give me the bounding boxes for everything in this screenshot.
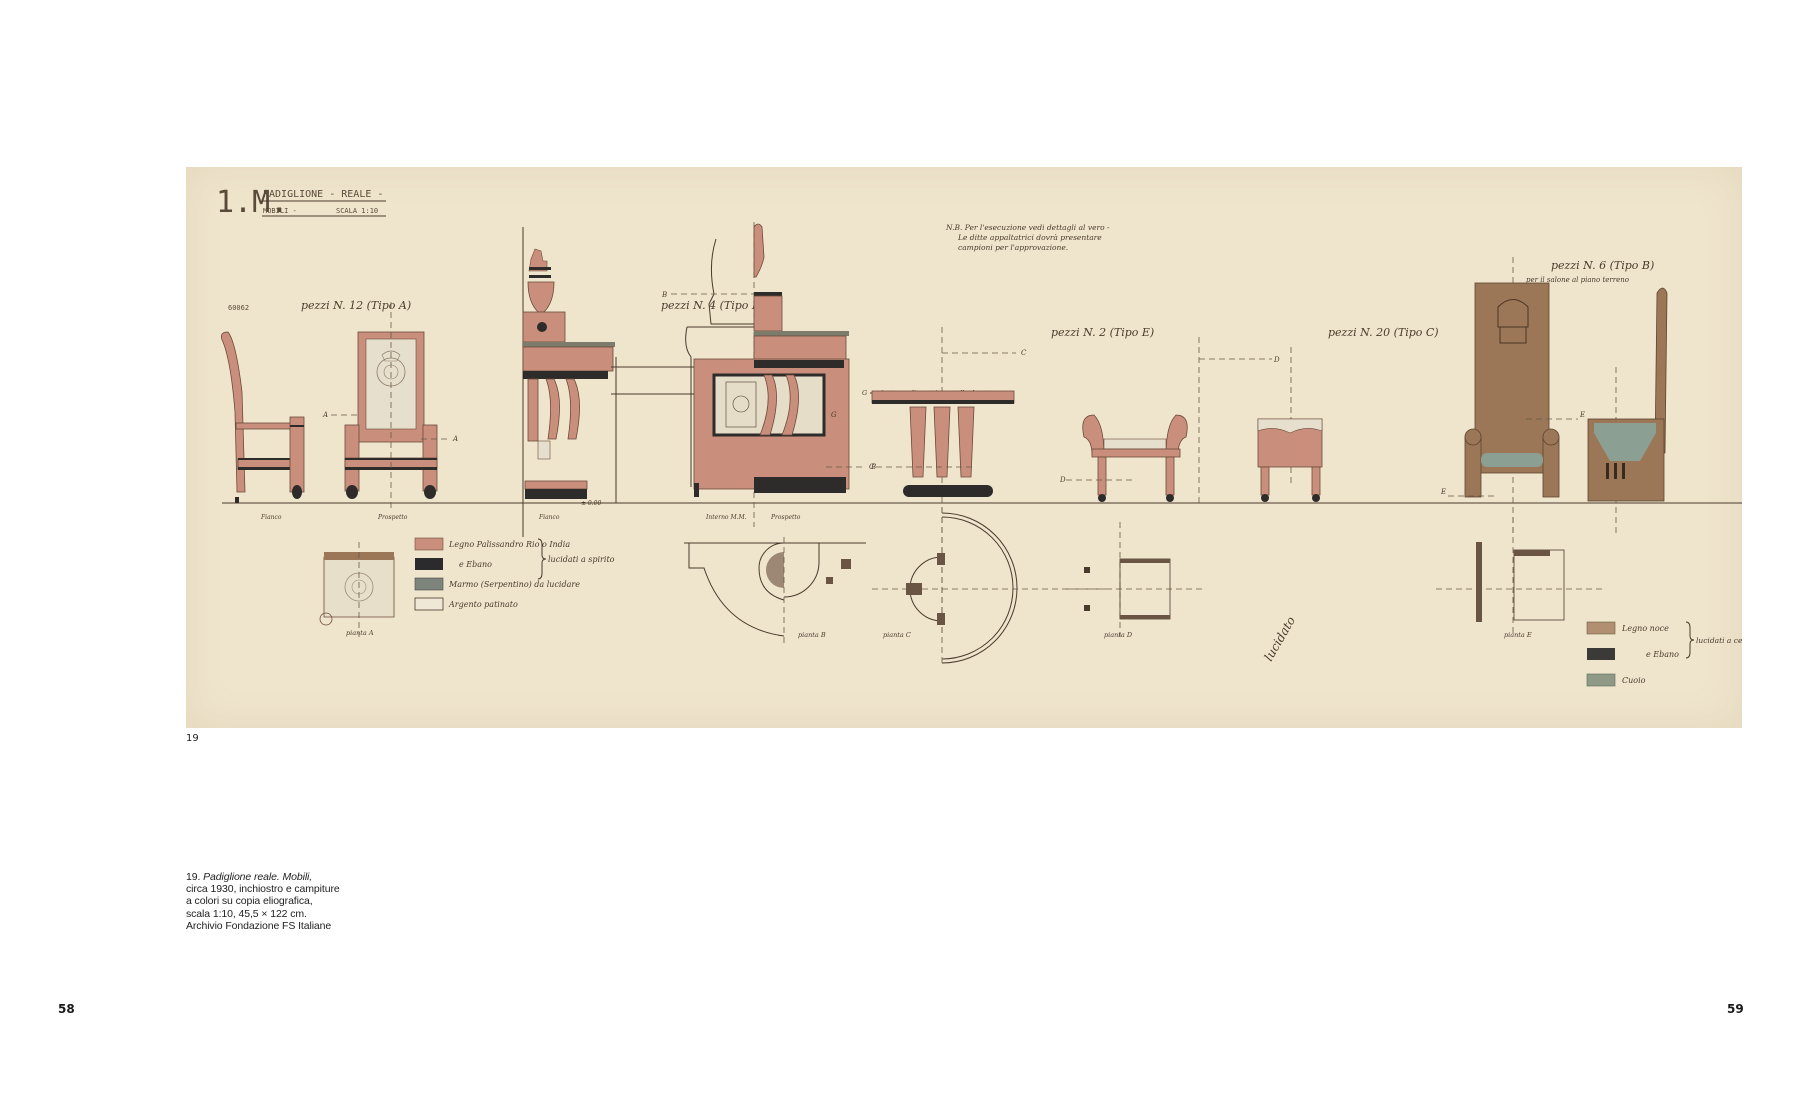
page-number-right: 59 [1727, 1002, 1744, 1016]
plan-a: pianta A [320, 542, 394, 637]
svg-text:pianta D: pianta D [1104, 631, 1133, 639]
legend-right: Legno noce e Ebano Cuoio lucidati a cera [1587, 622, 1742, 686]
svg-text:N.B. Per l'esecuzione vedi det: N.B. Per l'esecuzione vedi dettagli al v… [945, 223, 1110, 232]
plan-d: pianta D [1066, 522, 1206, 639]
execution-note: N.B. Per l'esecuzione vedi dettagli al v… [945, 223, 1110, 252]
page-number-left: 58 [58, 1002, 75, 1016]
svg-text:campioni per l'approvazione.: campioni per l'approvazione. [958, 243, 1068, 252]
type-b-label: pezzi N. 6 (Tipo B) [1551, 259, 1654, 272]
svg-text:D: D [1059, 476, 1066, 484]
svg-text:e Ebano: e Ebano [459, 560, 492, 569]
svg-text:E: E [1579, 411, 1585, 419]
svg-text:Prospetto: Prospetto [770, 514, 801, 521]
svg-text:Fianco: Fianco [538, 514, 560, 521]
figure-caption: 19. Padiglione reale. Mobili, circa 1930… [186, 871, 446, 932]
svg-text:± 0.00: ± 0.00 [581, 500, 601, 507]
tipo-a-side-elevation: Fianco [221, 332, 304, 521]
tipo-a-front-elevation: A A Prospetto [322, 302, 458, 521]
architectural-drawing-sheet: .ln{stroke:#4a3a2c;stroke-width:1;fill:n… [186, 167, 1742, 728]
svg-text:Interno M.M.: Interno M.M. [705, 514, 747, 521]
legend-left: Legno Palissandro Rio o India e Ebano Ma… [415, 538, 615, 610]
pencil-scrawl: lucidato [1261, 614, 1298, 663]
type-d-label: pezzi N. 4 (Tipo D) [661, 299, 765, 312]
type-e-label: pezzi N. 2 (Tipo E) [1051, 326, 1154, 339]
tipo-c-stool-elevation: D D [1059, 337, 1322, 507]
caption-title: Padiglione reale. Mobili, [203, 871, 312, 883]
drawing-subtitle: MOBILI - [263, 207, 297, 215]
caption-line: a colori su copia eliografica, [186, 895, 446, 907]
plan-e: pianta E [1436, 517, 1606, 639]
svg-text:pianta C: pianta C [883, 631, 911, 639]
tipo-b-throne-side [1588, 288, 1667, 537]
tipo-e-elevation: C C [869, 327, 1027, 637]
svg-text:lucidati a spirito: lucidati a spirito [548, 555, 615, 564]
svg-text:Cuoio: Cuoio [1622, 676, 1646, 685]
caption-line: scala 1:10, 45,5 × 122 cm. [186, 908, 446, 920]
caption-number: 19. [186, 871, 200, 883]
svg-text:E: E [1440, 488, 1446, 496]
svg-text:A: A [322, 411, 328, 419]
svg-text:Le ditte appaltatrici dovrà pr: Le ditte appaltatrici dovrà presentare [957, 233, 1102, 242]
svg-text:pianta A: pianta A [346, 629, 374, 637]
corner-mark: 60062 [228, 304, 249, 312]
tipo-d-front-elevation: B ± 0.00 B G Interno M.M. Prospetto [581, 222, 876, 527]
plan-b: pianta B [684, 537, 866, 647]
caption-line: circa 1930, inchiostro e campiture [186, 883, 446, 895]
svg-text:Prospetto: Prospetto [377, 514, 408, 521]
tipo-b-throne-front: E E [1440, 257, 1585, 537]
plan-c: pianta C [872, 507, 1106, 667]
title-block: 1.M. PADIGLIONE - REALE - MOBILI - SCALA… [216, 185, 386, 220]
svg-text:e Ebano: e Ebano [1646, 650, 1679, 659]
svg-text:Fianco: Fianco [260, 514, 282, 521]
svg-text:Argento patinato: Argento patinato [448, 600, 518, 609]
svg-text:lucidati a cera: lucidati a cera [1696, 636, 1742, 645]
svg-text:C: C [869, 463, 875, 471]
svg-text:Marmo (Serpentino) da lucidare: Marmo (Serpentino) da lucidare [448, 580, 580, 589]
svg-text:pianta E: pianta E [1504, 631, 1532, 639]
svg-text:A: A [452, 435, 458, 443]
svg-text:pianta B: pianta B [798, 631, 826, 639]
svg-text:Legno noce: Legno noce [1621, 624, 1669, 633]
type-c-label: pezzi N. 20 (Tipo C) [1328, 326, 1439, 339]
drawing-scale: SCALA 1:10 [336, 207, 378, 215]
svg-text:G: G [831, 411, 837, 419]
figure-number: 19 [186, 733, 199, 744]
svg-text:Legno Palissandro Rio o India: Legno Palissandro Rio o India [448, 540, 570, 549]
type-a-label: pezzi N. 12 (Tipo A) [301, 299, 411, 312]
tipo-d-side-elevation: Fianco [523, 227, 615, 537]
caption-line: Archivio Fondazione FS Italiane [186, 920, 446, 932]
svg-text:B: B [661, 291, 667, 299]
svg-text:C: C [1021, 349, 1027, 357]
drawing-title: PADIGLIONE - REALE - [263, 189, 383, 200]
svg-text:D: D [1273, 356, 1280, 364]
